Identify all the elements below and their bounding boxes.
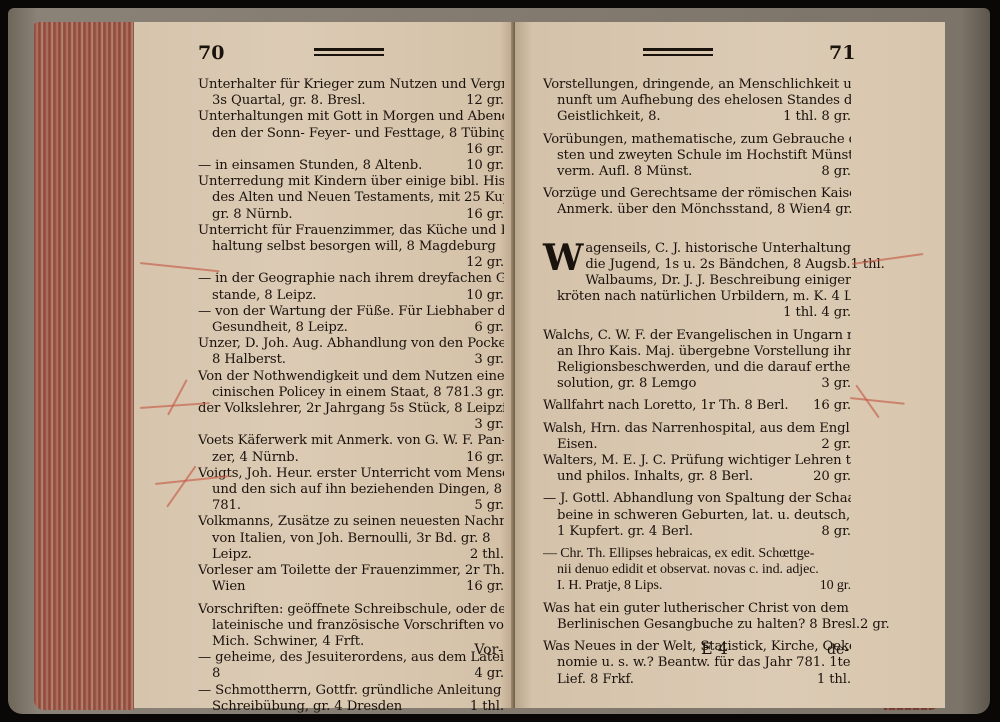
catalog-entry: Unterhalter für Krieger zum Nutzen und V… [198,77,504,109]
entry-text: 781. [212,498,241,514]
entry-text: cinischen Policey in einem Staat, 8 781. [212,385,475,401]
page-number: 71 [829,42,855,64]
header-rule [643,48,713,56]
entry-text: Religionsbeschwerden, und die darauf ert… [543,360,851,376]
entry-text: Unterhaltungen mit Gott in Morgen und Ab… [198,109,504,125]
entry-price: 1 thl. 8 gr. [783,109,851,125]
catalog-entry: Was hat ein guter lutherischer Christ vo… [543,601,851,633]
entry-text: — geheime, des Jesuiterordens, aus dem L… [198,650,504,666]
catalog-entry: Vorübungen, mathematische, zum Gebrauche… [543,132,851,181]
catalog-entry: Von der Nothwendigkeit und dem Nutzen ei… [198,369,504,401]
entry-price: 12 gr. [198,255,504,271]
entry-text: den der Sonn- Feyer- und Festtage, 8 Tüb… [198,126,504,142]
catalog-entry: — in der Geographie nach ihrem dreyfache… [198,271,504,303]
catalog-entry: Walchs, C. W. F. der Evangelischen in Un… [543,328,851,393]
entry-text: Leipz. [212,547,252,563]
catalog-entry: — Schmottherrn, Gottfr. gründliche Anlei… [198,683,504,715]
entry-text: nunft um Aufhebung des ehelosen Standes … [543,93,851,109]
entry-text: 8 Halberst. [212,352,286,368]
entry-text: Volkmanns, Zusätze zu seinen neuesten Na… [198,514,504,530]
entry-price: 16 gr. [813,398,851,414]
entry-price: 3 gr. [198,417,504,433]
catalog-entry: Vorzüge und Gerechtsame der römischen Ka… [543,186,851,218]
entry-text: Walbaums, Dr. J. J. Beschreibung einiger… [585,273,851,289]
catalog-entries: Vorstellungen, dringende, an Menschlichk… [543,77,851,688]
entry-text: zer, 4 Nürnb. [212,450,299,466]
entry-text: Unzer, D. Joh. Aug. Abhandlung von den P… [198,336,504,352]
catalog-entry: Unterredung mit Kindern über einige bibl… [198,174,504,223]
catchword: de- [827,642,849,658]
entry-price: 10 gr. [466,288,504,304]
catalog-entry: Voets Käferwerk mit Anmerk. von G. W. F.… [198,433,504,465]
entry-text: Schreibübung, gr. 4 Dresden [212,699,402,715]
catalog-entry: Walsh, Hrn. das Narrenhospital, aus dem … [543,421,851,453]
entry-price: 3 gr. [475,385,505,401]
catalog-entry: Wallfahrt nach Loretto, 1r Th. 8 Berl.16… [543,398,851,414]
entry-text: Anmerk. über den Mönchsstand, 8 Wien [557,202,823,218]
entry-text: beine in schweren Geburten, lat. u. deut… [543,508,851,524]
catalog-entry: Unzer, D. Joh. Aug. Abhandlung von den P… [198,336,504,368]
catalog-entry: Unterhaltungen mit Gott in Morgen und Ab… [198,109,504,158]
catalog-entry: Wagenseils, C. J. historische Unterhaltu… [543,241,851,273]
entry-text: Von der Nothwendigkeit und dem Nutzen ei… [198,369,504,385]
entry-text: I. H. Pratje, 8 Lips. [557,578,662,594]
entry-price: 2 thl. [470,547,504,563]
catchword: Vor- [474,642,503,658]
entry-price: 3 gr. [821,376,851,392]
entry-text: 8 [212,666,220,682]
catalog-entry: der Volkslehrer, 2r Jahrgang 5s Stück, 8… [198,401,504,433]
drop-cap: W [543,242,583,274]
entry-text: Unterricht für Frauenzimmer, das Küche u… [198,223,504,239]
entry-text: und den sich auf ihn beziehenden Dingen,… [198,482,504,498]
entry-text: Eisen. [557,437,598,453]
entry-text: Walsh, Hrn. das Narrenhospital, aus dem … [543,421,851,437]
entry-text: haltung selbst besorgen will, 8 Magdebur… [198,239,504,255]
entry-text: und philos. Inhalts, gr. 8 Berl. [557,469,753,485]
entry-price: 16 gr. [466,450,504,466]
entry-text: nii denuo edidit et observat. novas c. i… [543,562,851,578]
entry-price: 1 thl. [817,672,851,688]
entry-text: nomie u. s. w.? Beantw. für das Jahr 781… [543,655,851,671]
left-page-edges [34,22,134,710]
entry-text: 3s Quartal, gr. 8. Bresl. [212,93,366,109]
entry-price: 16 gr. [198,142,504,158]
entry-price: 2 gr. [821,437,851,453]
page-number: 70 [198,42,224,64]
entry-price: 6 gr. [474,320,504,336]
entry-text: Berlinischen Gesangbuche zu halten? 8 Br… [557,617,860,633]
entry-text: — von der Wartung der Füße. Für Liebhabe… [198,304,504,320]
entry-text: Unterredung mit Kindern über einige bibl… [198,174,504,190]
catalog-entry: Walbaums, Dr. J. J. Beschreibung einiger… [543,273,851,322]
entry-price: 3 gr. [474,352,504,368]
entry-price: 2 gr. [860,617,890,633]
entry-text: die Jugend, 1s u. 2s Bändchen, 8 Augsb. [585,257,850,273]
catalog-entry: Vorstellungen, dringende, an Menschlichk… [543,77,851,126]
entry-price: 10 gr. [820,578,851,594]
catalog-entry: Walters, M. E. J. C. Prüfung wichtiger L… [543,453,851,485]
catalog-entry: Vorschriften: geöffnete Schreibschule, o… [198,602,504,651]
entry-text: Gesundheit, 8 Leipz. [212,320,348,336]
catalog-entry: — von der Wartung der Füße. Für Liebhabe… [198,304,504,336]
left-page: 70 Unterhalter für Krieger zum Nutzen un… [134,22,515,708]
signature-mark: E 4 [701,639,728,658]
entry-text: der Volkslehrer, 2r Jahrgang 5s Stück, 8… [198,401,504,417]
entry-text: Geistlichkeit, 8. [557,109,661,125]
entry-text: sten und zweyten Schule im Hochstift Mün… [543,148,851,164]
entry-text: — in einsamen Stunden, 8 Altenb. [198,158,422,174]
entry-price: 16 gr. [466,579,504,595]
entry-text: Was hat ein guter lutherischer Christ vo… [543,601,851,617]
entry-price: 12 gr. [466,93,504,109]
entry-text: Vorübungen, mathematische, zum Gebrauche… [543,132,851,148]
header-rule [314,48,384,56]
entry-text: kröten nach natürlichen Urbildern, m. K.… [543,289,851,305]
entry-price: 16 gr. [466,207,504,223]
entry-price: 1 thl. [470,699,504,715]
entry-text: Walters, M. E. J. C. Prüfung wichtiger L… [543,453,851,469]
entry-text: Vorleser am Toilette der Frauenzimmer, 2… [198,563,504,579]
catalog-entry: Vorleser am Toilette der Frauenzimmer, 2… [198,563,504,595]
entry-text: Voets Käferwerk mit Anmerk. von G. W. F.… [198,433,504,449]
entry-text: Unterhalter für Krieger zum Nutzen und V… [198,77,504,93]
entry-text: Wallfahrt nach Loretto, 1r Th. 8 Berl. [543,398,788,414]
entry-text: — Chr. Th. Ellipses hebraicas, ex edit. … [543,546,851,562]
catalog-entries: Unterhalter für Krieger zum Nutzen und V… [198,77,504,715]
catalog-entry: — Chr. Th. Ellipses hebraicas, ex edit. … [543,546,851,595]
entry-text: von Italien, von Joh. Bernoulli, 3r Bd. … [198,531,504,547]
entry-text: solution, gr. 8 Lemgo [557,376,696,392]
entry-price: 5 gr. [474,498,504,514]
catalog-entry: — J. Gottl. Abhandlung von Spaltung der … [543,491,851,540]
entry-price: 8 gr. [821,524,851,540]
entry-text: Vorstellungen, dringende, an Menschlichk… [543,77,851,93]
entry-text: Mich. Schwiner, 4 Frft. [198,634,504,650]
entry-price: 1 thl. 4 gr. [543,305,851,321]
entry-text: lateinische und französische Vorschrifte… [198,618,504,634]
catalog-entry: — in einsamen Stunden, 8 Altenb.10 gr. [198,158,504,174]
entry-text: Lief. 8 Frkf. [557,672,634,688]
entry-text: — in der Geographie nach ihrem dreyfache… [198,271,504,287]
entry-text: Wien [212,579,245,595]
catalog-entry: — geheime, des Jesuiterordens, aus dem L… [198,650,504,682]
entry-text: 1 Kupfert. gr. 4 Berl. [557,524,693,540]
entry-text: des Alten und Neuen Testaments, mit 25 K… [198,190,504,206]
entry-text: an Ihro Kais. Maj. übergebne Vorstellung… [543,344,851,360]
entry-price: 4 gr. [474,666,504,682]
entry-text: stande, 8 Leipz. [212,288,316,304]
entry-text: verm. Aufl. 8 Münst. [557,164,692,180]
right-page: 71 Vorstellungen, dringende, an Menschli… [515,22,945,708]
catalog-entry: Volkmanns, Zusätze zu seinen neuesten Na… [198,514,504,563]
catalog-entry: Unterricht für Frauenzimmer, das Küche u… [198,223,504,272]
entry-price: 20 gr. [813,469,851,485]
entry-text: — Schmottherrn, Gottfr. gründliche Anlei… [198,683,504,699]
entry-text: Voigts, Joh. Heur. erster Unterricht vom… [198,466,504,482]
entry-text: gr. 8 Nürnb. [212,207,293,223]
catalog-entry: Voigts, Joh. Heur. erster Unterricht vom… [198,466,504,515]
entry-text: Was Neues in der Welt, Statistick, Kirch… [543,639,851,655]
entry-text: agenseils, C. J. historische Unterhaltun… [585,241,851,257]
entry-text: — J. Gottl. Abhandlung von Spaltung der … [543,491,851,507]
entry-text: Vorschriften: geöffnete Schreibschule, o… [198,602,504,618]
entry-price: 10 gr. [466,158,504,174]
entry-price: 4 gr. [823,202,853,218]
entry-text: Walchs, C. W. F. der Evangelischen in Un… [543,328,851,344]
catalog-entry: Was Neues in der Welt, Statistick, Kirch… [543,639,851,688]
entry-text: Vorzüge und Gerechtsame der römischen Ka… [543,186,851,202]
entry-price: 8 gr. [821,164,851,180]
